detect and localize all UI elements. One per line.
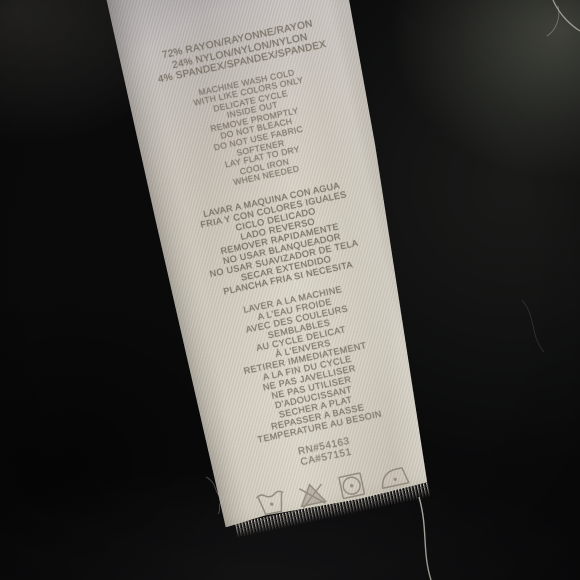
care-label-photo: 72% RAYON/RAYONNE/RAYON 24% NYLON/NYLON/… — [0, 0, 580, 580]
